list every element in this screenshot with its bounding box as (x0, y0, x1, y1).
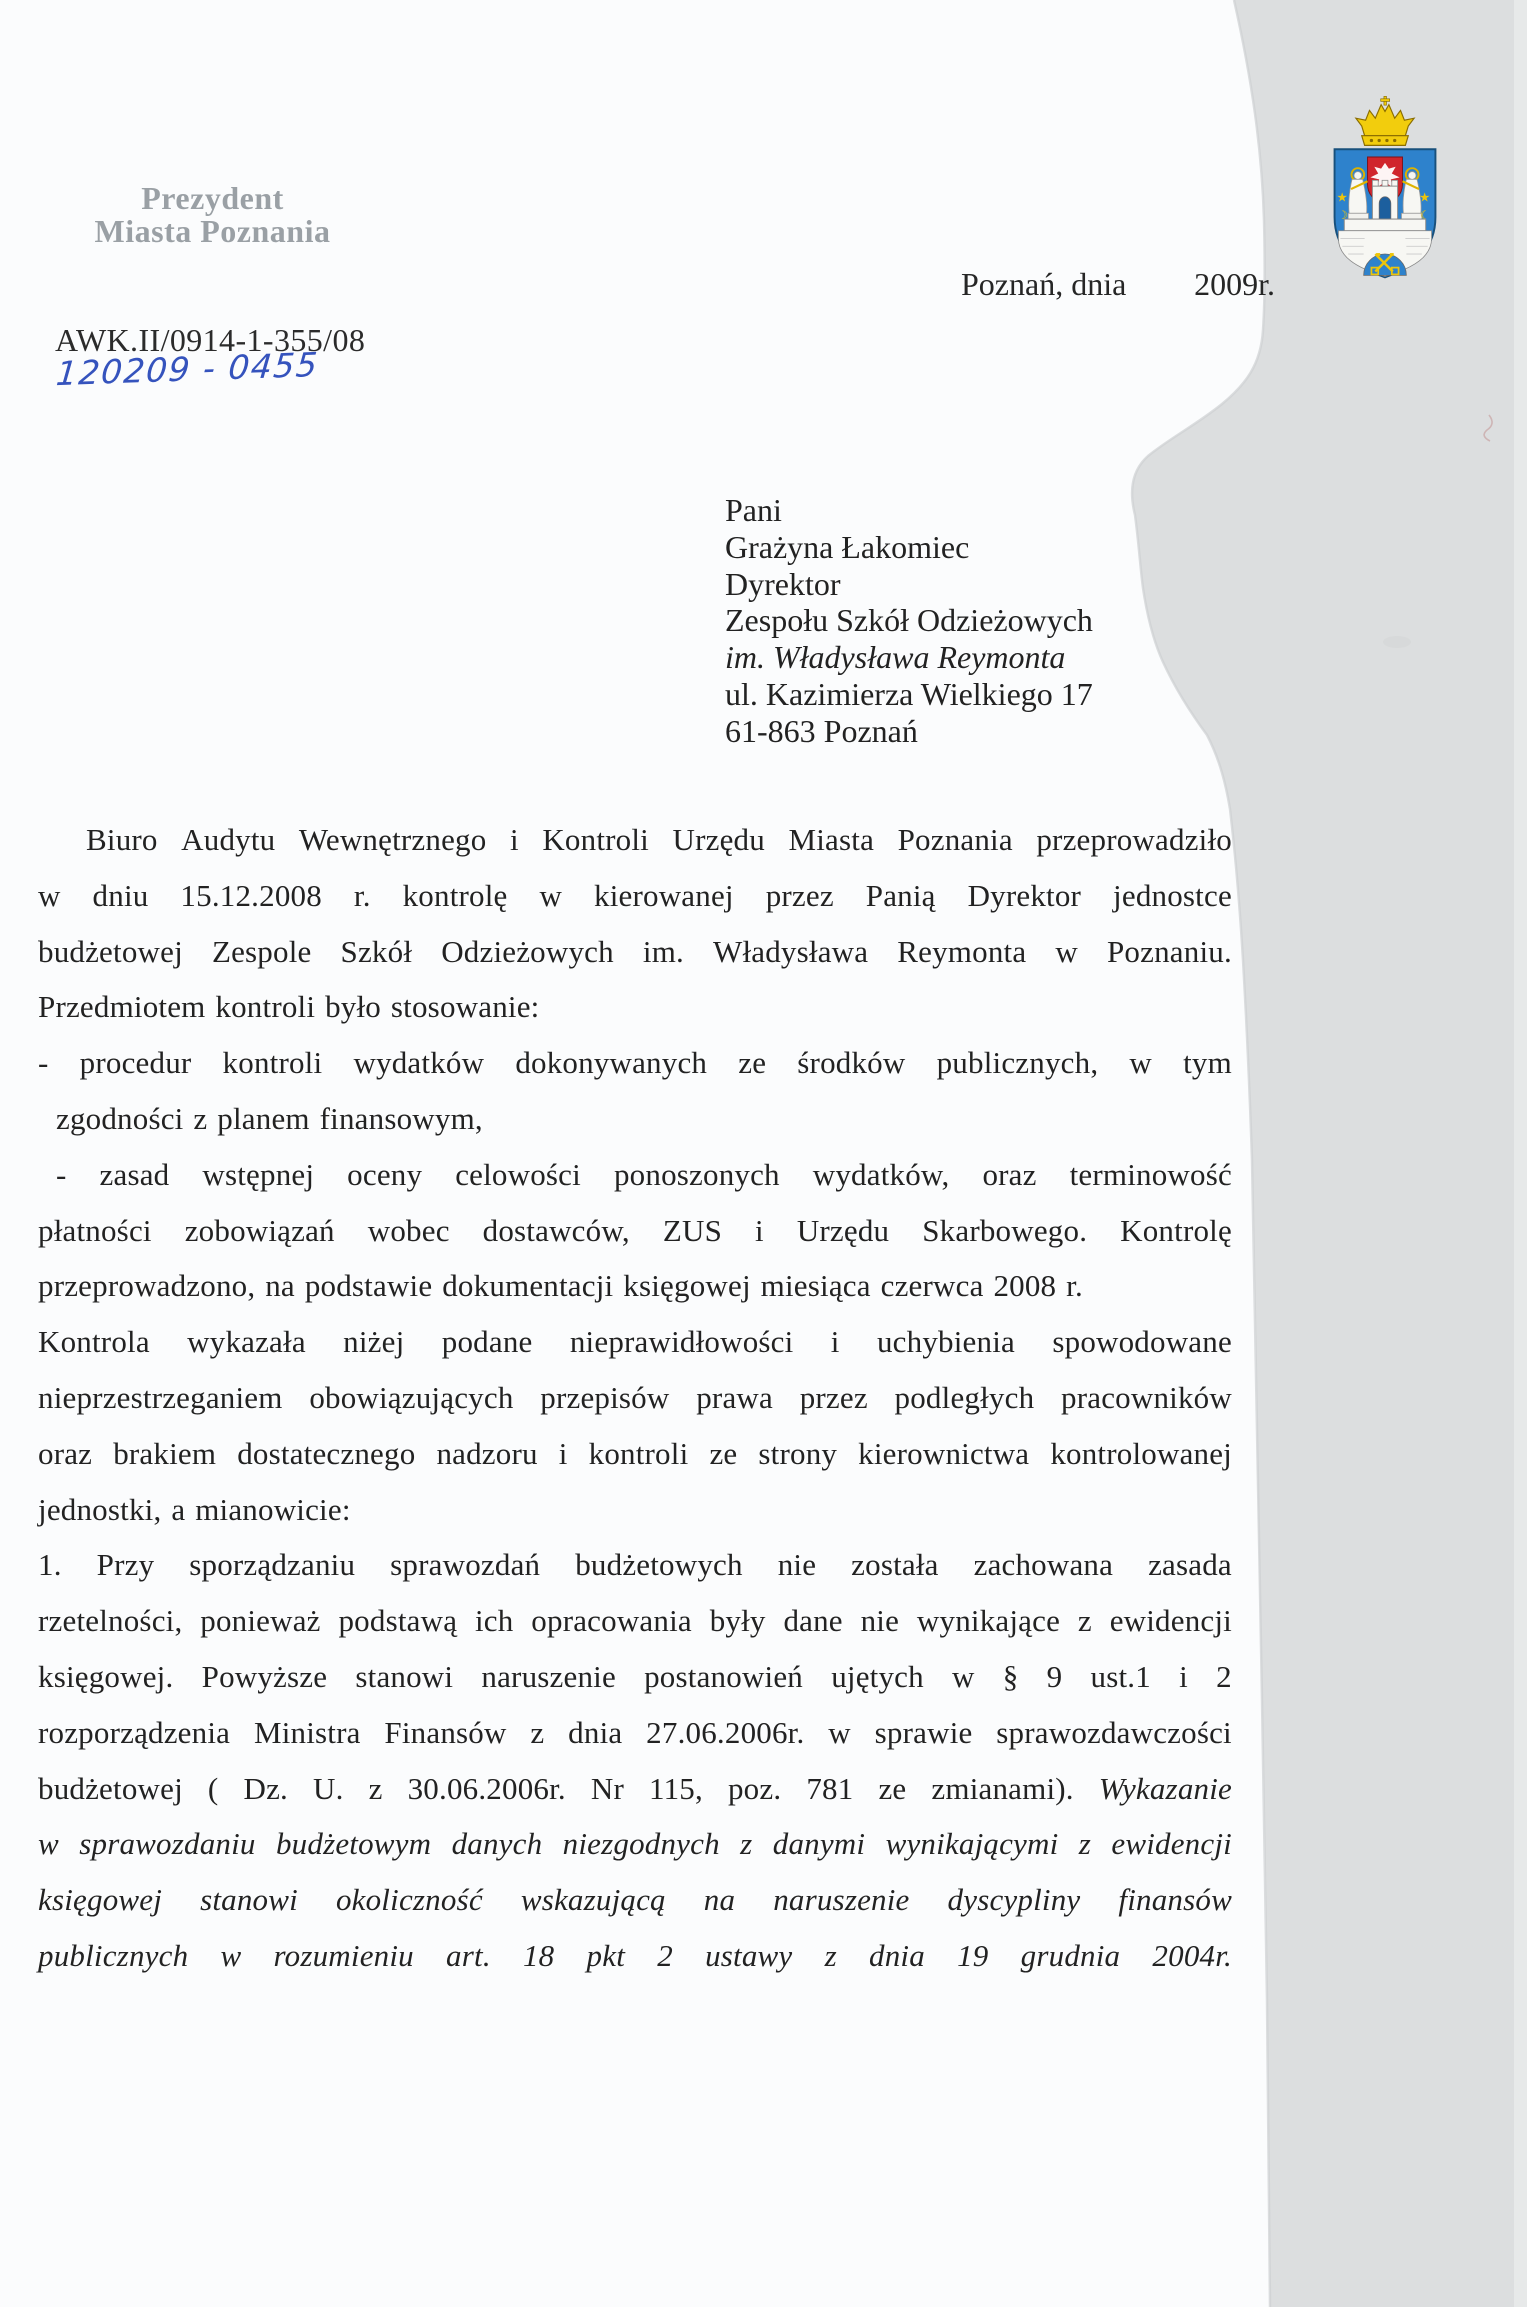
recipient-line: Grażyna Łakomiec (725, 529, 1093, 566)
recipient-block: PaniGrażyna ŁakomiecDyrektorZespołu Szkó… (725, 492, 1093, 750)
body-line: 1.Przysporządzaniusprawozdańbudżetowychn… (38, 1537, 1232, 1593)
body-line: księgowej.Powyższestanowinaruszenieposta… (38, 1649, 1232, 1705)
poznan-coat-of-arms-icon: ★ ★ ☽ ☾ (1318, 93, 1452, 287)
body-line: budżetowejZespoleSzkółOdzieżowychim.Wład… (38, 924, 1232, 980)
recipient-line: Pani (725, 492, 1093, 529)
body-line: nieprzestrzeganiemobowiązującychprzepisó… (38, 1370, 1232, 1426)
recipient-line: ul. Kazimierza Wielkiego 17 (725, 676, 1093, 713)
scan-right-edge-highlight (1514, 0, 1527, 2307)
scan-smudge (1383, 636, 1411, 648)
letterhead-office-line1: Prezydent (85, 182, 340, 215)
dateline-place: Poznań, dnia (961, 266, 1126, 303)
body-line: -zasadwstępnejocenycelowościponoszonychw… (38, 1147, 1232, 1203)
body-line: wdniu15.12.2008r.kontrolęwkierowanejprze… (38, 868, 1232, 924)
crown (1356, 105, 1414, 136)
recipient-line: im. Władysława Reymonta (725, 639, 1093, 676)
body-line: jednostki,amianowicie: (38, 1482, 1232, 1538)
letterhead-office-line2: Miasta Poznania (85, 215, 340, 248)
body-line: zgodnościzplanemfinansowym, (38, 1091, 1232, 1147)
recipient-line: 61-863 Poznań (725, 713, 1093, 750)
letter-body: BiuroAudytuWewnętrznegoiKontroliUrzęduMi… (38, 812, 1232, 1984)
body-line: publicznychwrozumieniuart.18pkt2ustawyzd… (38, 1928, 1232, 1984)
body-line: budżetowej(Dz.U.z30.06.2006r.Nr115,poz.7… (38, 1761, 1232, 1817)
body-line: -procedurkontroliwydatkówdokonywanychześ… (38, 1035, 1232, 1091)
dateline: Poznań, dnia 2009r. (961, 266, 1275, 303)
letterhead: Prezydent Miasta Poznania (85, 182, 340, 248)
body-line: Przedmiotemkontrolibyłostosowanie: (38, 979, 1232, 1035)
recipient-line: Dyrektor (725, 566, 1093, 603)
star-left: ★ (1337, 190, 1348, 205)
body-line: wsprawozdaniubudżetowymdanychniezgodnych… (38, 1816, 1232, 1872)
body-line: księgowejstanowiokolicznośćwskazującąnan… (38, 1872, 1232, 1928)
body-line: rzetelności,ponieważpodstawąichopracowan… (38, 1593, 1232, 1649)
scan-artifact (1484, 415, 1492, 441)
handwritten-registry-number: 120209 - 0455 (55, 345, 321, 393)
dateline-year: 2009r. (1194, 266, 1275, 303)
body-line: rozporządzeniaMinistraFinansówzdnia27.06… (38, 1705, 1232, 1761)
body-line: orazbrakiemdostatecznegonadzoruikontroli… (38, 1426, 1232, 1482)
recipient-line: Zespołu Szkół Odzieżowych (725, 602, 1093, 639)
scanned-letter-screenshot: { "scan": { "page_color": "#fbfcfd", "ba… (0, 0, 1527, 2307)
body-line: Kontrolawykazałaniżejpodanenieprawidłowo… (38, 1314, 1232, 1370)
body-line: płatnościzobowiązańwobecdostawców,ZUSiUr… (38, 1203, 1232, 1259)
body-line: przeprowadzono,napodstawiedokumentacjiks… (38, 1258, 1232, 1314)
star-right: ★ (1419, 190, 1430, 205)
body-line: BiuroAudytuWewnętrznegoiKontroliUrzęduMi… (38, 812, 1232, 868)
